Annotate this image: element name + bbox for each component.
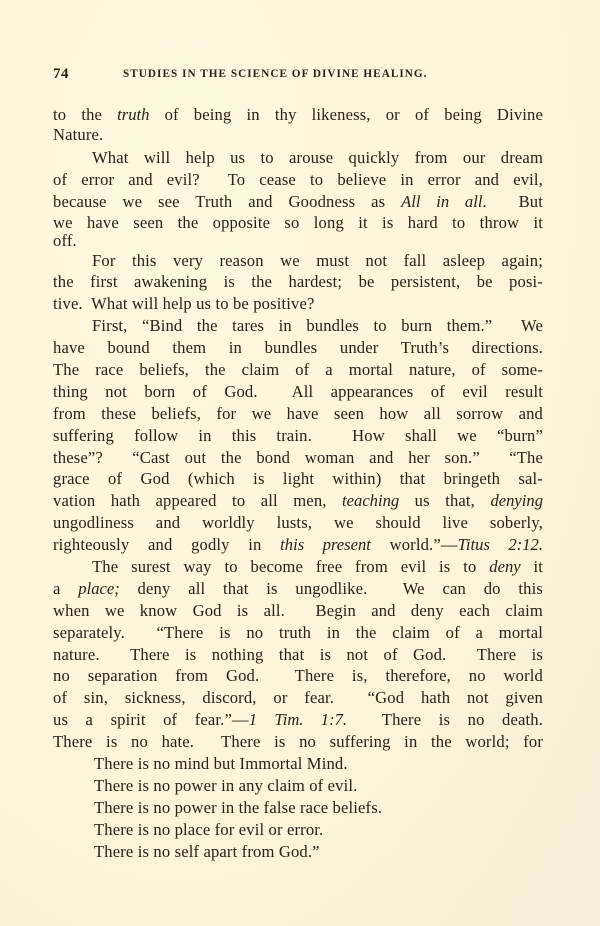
- text-line: these”? “Cast out the bond woman and her…: [53, 447, 543, 469]
- paragraph-start-line: For this very reason we must not fall as…: [53, 250, 543, 272]
- verse-line: There is no mind but Immortal Mind.: [53, 753, 543, 775]
- text-line: ungodliness and worldly lusts, we should…: [53, 512, 543, 534]
- paragraph-start-line: The surest way to become free from evil …: [53, 556, 543, 578]
- text-line: have bound them in bundles under Truth’s…: [53, 337, 543, 359]
- text-line: us a spirit of fear.”—1 Tim. 1:7. There …: [53, 709, 543, 731]
- verse-line: There is no self apart from God.”: [53, 841, 543, 863]
- text-line: There is no hate. There is no suffering …: [53, 731, 543, 753]
- text-line: righteously and godly in this present wo…: [53, 534, 543, 556]
- page-number: 74: [53, 66, 69, 83]
- text-line: grace of God (which is light within) tha…: [53, 468, 543, 490]
- text-line: tive. What will help us to be positive?: [53, 293, 543, 315]
- text-line: when we know God is all. Begin and deny …: [53, 600, 543, 622]
- paragraph-start-line: First, “Bind the tares in bundles to bur…: [53, 315, 543, 337]
- text-line: vation hath appeared to all men, teachin…: [53, 490, 543, 512]
- text-line: we have seen the opposite so long it is …: [53, 213, 543, 228]
- text-line: thing not born of God. All appearances o…: [53, 381, 543, 403]
- verse-line: There is no power in the false race beli…: [53, 797, 543, 819]
- text-line: a place; deny all that is ungodlike. We …: [53, 578, 543, 600]
- verse-line: There is no place for evil or error.: [53, 819, 543, 841]
- verse-line: There is no power in any claim of evil.: [53, 775, 543, 797]
- paragraph-start-line: What will help us to arouse quickly from…: [53, 147, 543, 169]
- body-text: to the truth of being in thy likeness, o…: [53, 104, 543, 863]
- running-title: STUDIES IN THE SCIENCE OF DIVINE HEALING…: [123, 68, 427, 80]
- text-line: Nature.: [53, 126, 543, 147]
- text-line: the first awakening is the hardest; be p…: [53, 271, 543, 293]
- text-line: no separation from God. There is, theref…: [53, 665, 543, 687]
- text-line: from these beliefs, for we have seen how…: [53, 403, 543, 425]
- text-line: separately. “There is no truth in the cl…: [53, 622, 543, 644]
- text-line: to the truth of being in thy likeness, o…: [53, 104, 543, 126]
- running-header: 74 STUDIES IN THE SCIENCE OF DIVINE HEAL…: [53, 66, 543, 84]
- book-page: 74 STUDIES IN THE SCIENCE OF DIVINE HEAL…: [0, 0, 600, 926]
- text-line: of sin, sickness, discord, or fear. “God…: [53, 687, 543, 709]
- text-line: suffering follow in this train. How shal…: [53, 425, 543, 447]
- text-line: nature. There is nothing that is not of …: [53, 644, 543, 666]
- text-line: because we see Truth and Goodness as All…: [53, 191, 543, 213]
- text-line: of error and evil? To cease to believe i…: [53, 169, 543, 191]
- text-line: The race beliefs, the claim of a mortal …: [53, 359, 543, 381]
